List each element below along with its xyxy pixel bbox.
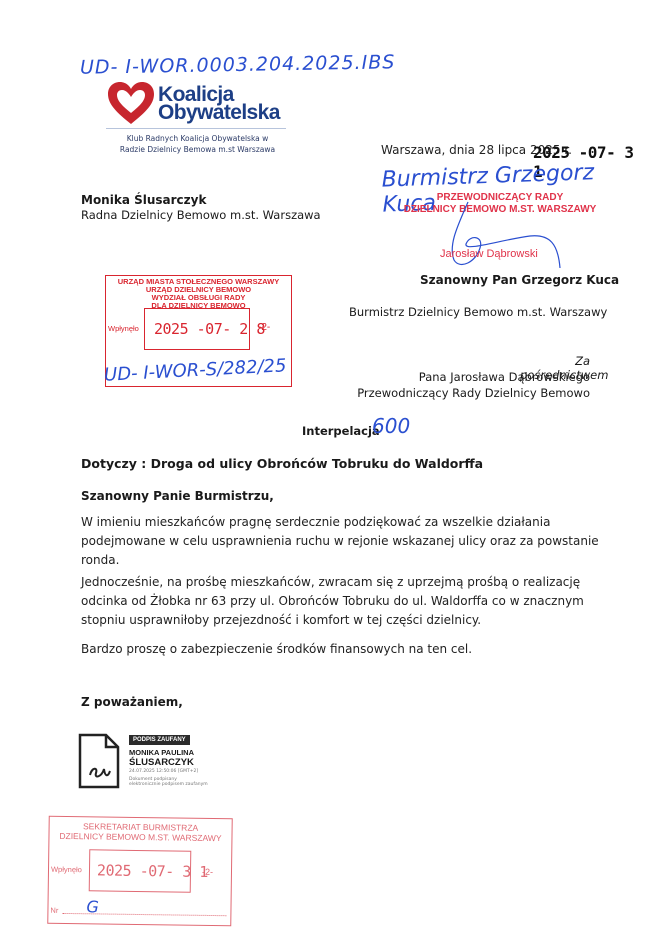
signature-note: Dokument podpisany elektronicznie podpis… <box>129 777 209 787</box>
recipient-greeting: Szanowny Pan Grzegorz Kuca <box>420 273 619 287</box>
signed-document-icon <box>78 733 120 789</box>
koalicja-logo: Koalicja Obywatelska <box>106 80 296 130</box>
sender-name: Monika Ślusarczyk <box>81 193 206 207</box>
logo-divider <box>106 128 286 129</box>
signer-name-line2: ŚLUSARCZYK <box>129 757 194 768</box>
recipient-role: Burmistrz Dzielnicy Bemowo m.st. Warszaw… <box>349 305 607 319</box>
stamp-received-label: Wpłynęło <box>51 865 82 874</box>
via-role: Przewodniczący Rady Dzielnicy Bemowo <box>340 386 590 400</box>
body-paragraph: Bardzo proszę o zabezpieczenie środków f… <box>81 640 601 659</box>
logo-text: Koalicja Obywatelska <box>158 86 280 122</box>
stamp-header: SEKRETARIAT BURMISTRZA DZIELNICY BEMOWO … <box>49 821 231 844</box>
stamp-received-label: Wpłynęło <box>108 324 139 333</box>
salutation: Szanowny Panie Burmistrzu, <box>81 489 274 503</box>
club-line1: Klub Radnych Koalicja Obywatelska w <box>100 133 295 144</box>
club-name: Klub Radnych Koalicja Obywatelska w Radz… <box>100 133 295 155</box>
closing: Z poważaniem, <box>81 695 183 709</box>
subject-line: Dotyczy : Droga od ulicy Obrońców Tobruk… <box>81 456 483 471</box>
club-line2: Radzie Dzielnicy Bemowa m.st Warszawa <box>100 144 295 155</box>
stamp-copy-count: -2- <box>202 867 213 877</box>
stamp-header: URZĄD MIASTA STOŁECZNEGO WARSZAWY URZĄD … <box>106 278 291 310</box>
council-chair-name: Jarosław Dąbrowski <box>440 248 538 260</box>
sender-role: Radna Dzielnicy Bemowo m.st. Warszawa <box>81 208 321 222</box>
stamp-line2: DZIELNICY BEMOWO M.ST. WARSZAWY <box>49 831 231 844</box>
interpellation-number: 600 <box>372 414 410 438</box>
body-paragraph: Jednocześnie, na prośbę mieszkańców, zwr… <box>81 573 601 630</box>
via-name: Pana Jarosława Dąbrowskiego <box>380 370 590 384</box>
heart-icon <box>106 80 156 126</box>
trusted-signature-badge: PODPIS ZAUFANY <box>129 735 190 745</box>
signature-timestamp: 24.07.2025 12:50:06 [GMT+2] <box>129 769 198 774</box>
document-title: Interpelacja <box>302 424 380 438</box>
stamp-date: 2025 -07- 2 8 <box>154 320 265 338</box>
stamp-date: 2025 -07- 3 1 <box>97 861 208 881</box>
trusted-signature-block: PODPIS ZAUFANY MONIKA PAULINA ŚLUSARCZYK… <box>78 733 258 803</box>
handwritten-number: G <box>86 897 99 916</box>
stamp-number-label: Nr <box>50 906 58 915</box>
inbound-stamp-mayor-secretariat: SEKRETARIAT BURMISTRZA DZIELNICY BEMOWO … <box>47 816 232 927</box>
handwritten-reference-number: UD- I-WOR.0003.204.2025.IBS <box>80 51 396 79</box>
signer-name-line1: MONIKA PAULINA <box>129 748 194 757</box>
body-paragraph: W imieniu mieszkańców pragnę serdecznie … <box>81 513 601 570</box>
logo-line2: Obywatelska <box>158 104 280 122</box>
stamp-copy-count: -2- <box>258 322 270 333</box>
